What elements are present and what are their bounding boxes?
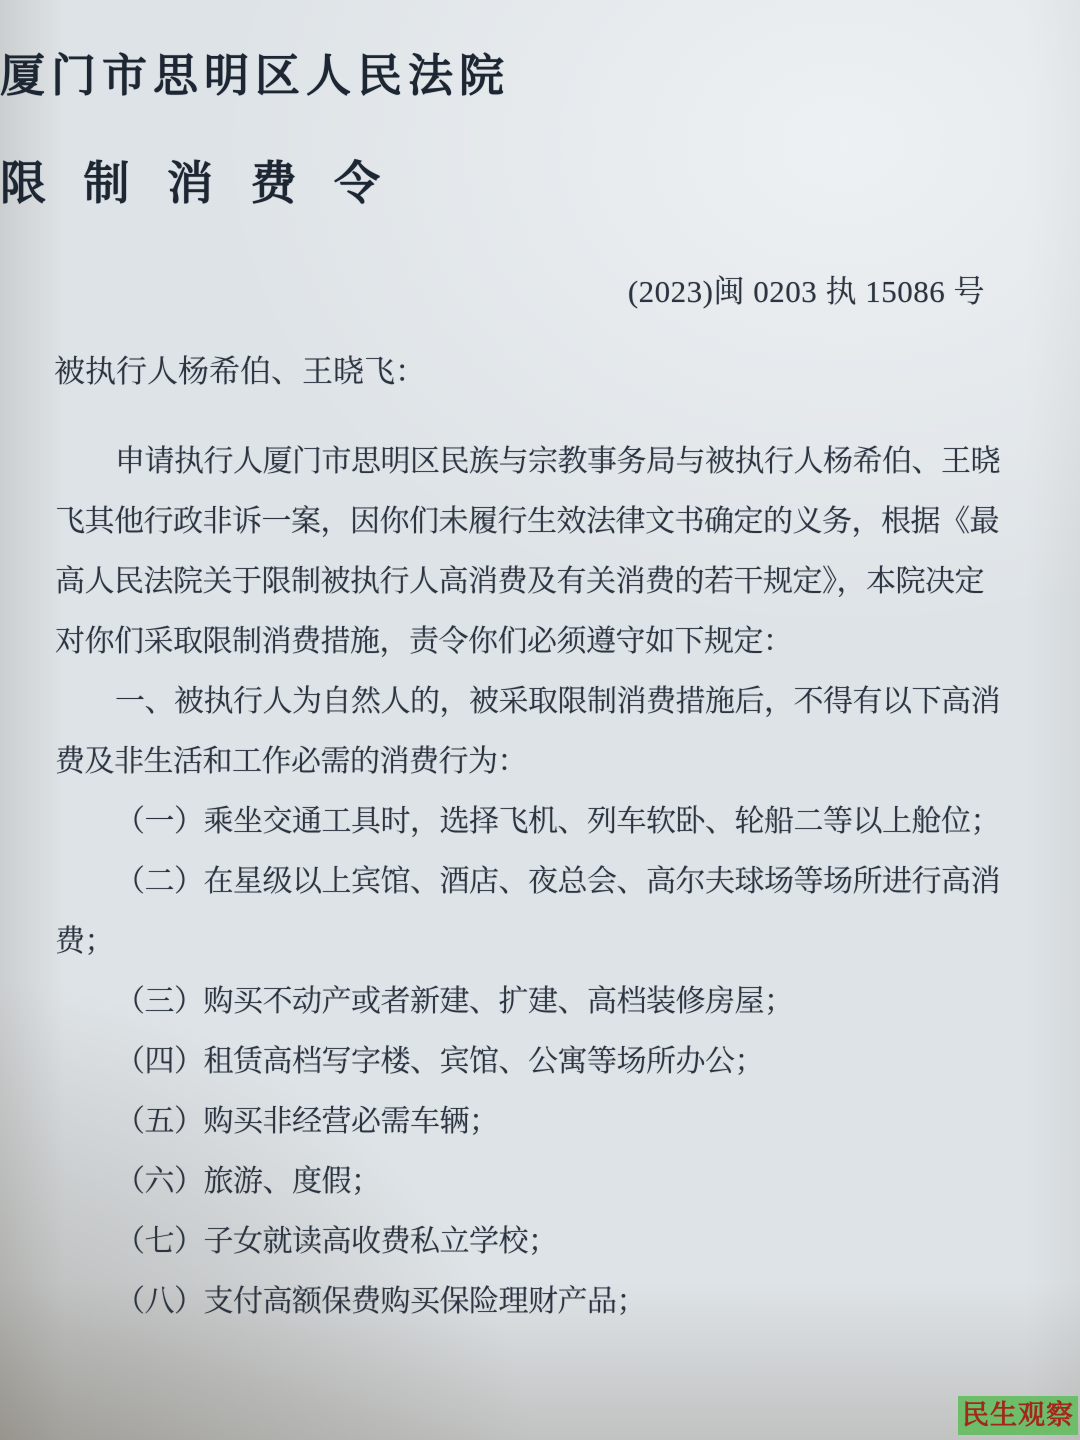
body-line: 申请执行人厦门市思明区民族与宗教事务局与被执行人杨希伯、王晓 (55, 432, 990, 492)
body-line: （一）乘坐交通工具时，选择飞机、列车软卧、轮船二等以上舱位； (55, 792, 990, 852)
salutation-line: 被执行人杨希伯、王晓飞： (54, 342, 994, 402)
body-line: 高人民法院关于限制被执行人高消费及有关消费的若干规定》，本院决定 (55, 552, 990, 612)
body-line: （七）子女就读高收费私立学校； (55, 1212, 990, 1272)
body-line: 费； (55, 912, 990, 972)
document-body: 申请执行人厦门市思明区民族与宗教事务局与被执行人杨希伯、王晓飞其他行政非诉一案，… (55, 432, 990, 1332)
body-line: （八）支付高额保费购买保险理财产品； (55, 1272, 990, 1332)
case-number: (2023)闽 0203 执 15086 号 (55, 264, 985, 320)
body-line: （六）旅游、度假； (55, 1152, 990, 1212)
court-title: 厦门市思明区人民法院 (0, 44, 1080, 108)
body-line: 对你们采取限制消费措施，责令你们必须遵守如下规定： (55, 612, 990, 672)
body-line: （二）在星级以上宾馆、酒店、夜总会、高尔夫球场等场所进行高消 (55, 852, 990, 912)
document-title: 限 制 消 费 令 (0, 152, 1080, 216)
watermark-badge: 民生观察 (958, 1396, 1078, 1435)
body-line: 一、被执行人为自然人的，被采取限制消费措施后，不得有以下高消 (55, 672, 990, 732)
body-line: 飞其他行政非诉一案，因你们未履行生效法律文书确定的义务，根据《最 (55, 492, 990, 552)
body-line: （三）购买不动产或者新建、扩建、高档装修房屋； (55, 972, 990, 1032)
document-photo: 厦门市思明区人民法院 限 制 消 费 令 (2023)闽 0203 执 1508… (0, 0, 1080, 1440)
body-line: （四）租赁高档写字楼、宾馆、公寓等场所办公； (55, 1032, 990, 1092)
body-line: 费及非生活和工作必需的消费行为： (55, 732, 990, 792)
body-line: （五）购买非经营必需车辆； (55, 1092, 990, 1152)
